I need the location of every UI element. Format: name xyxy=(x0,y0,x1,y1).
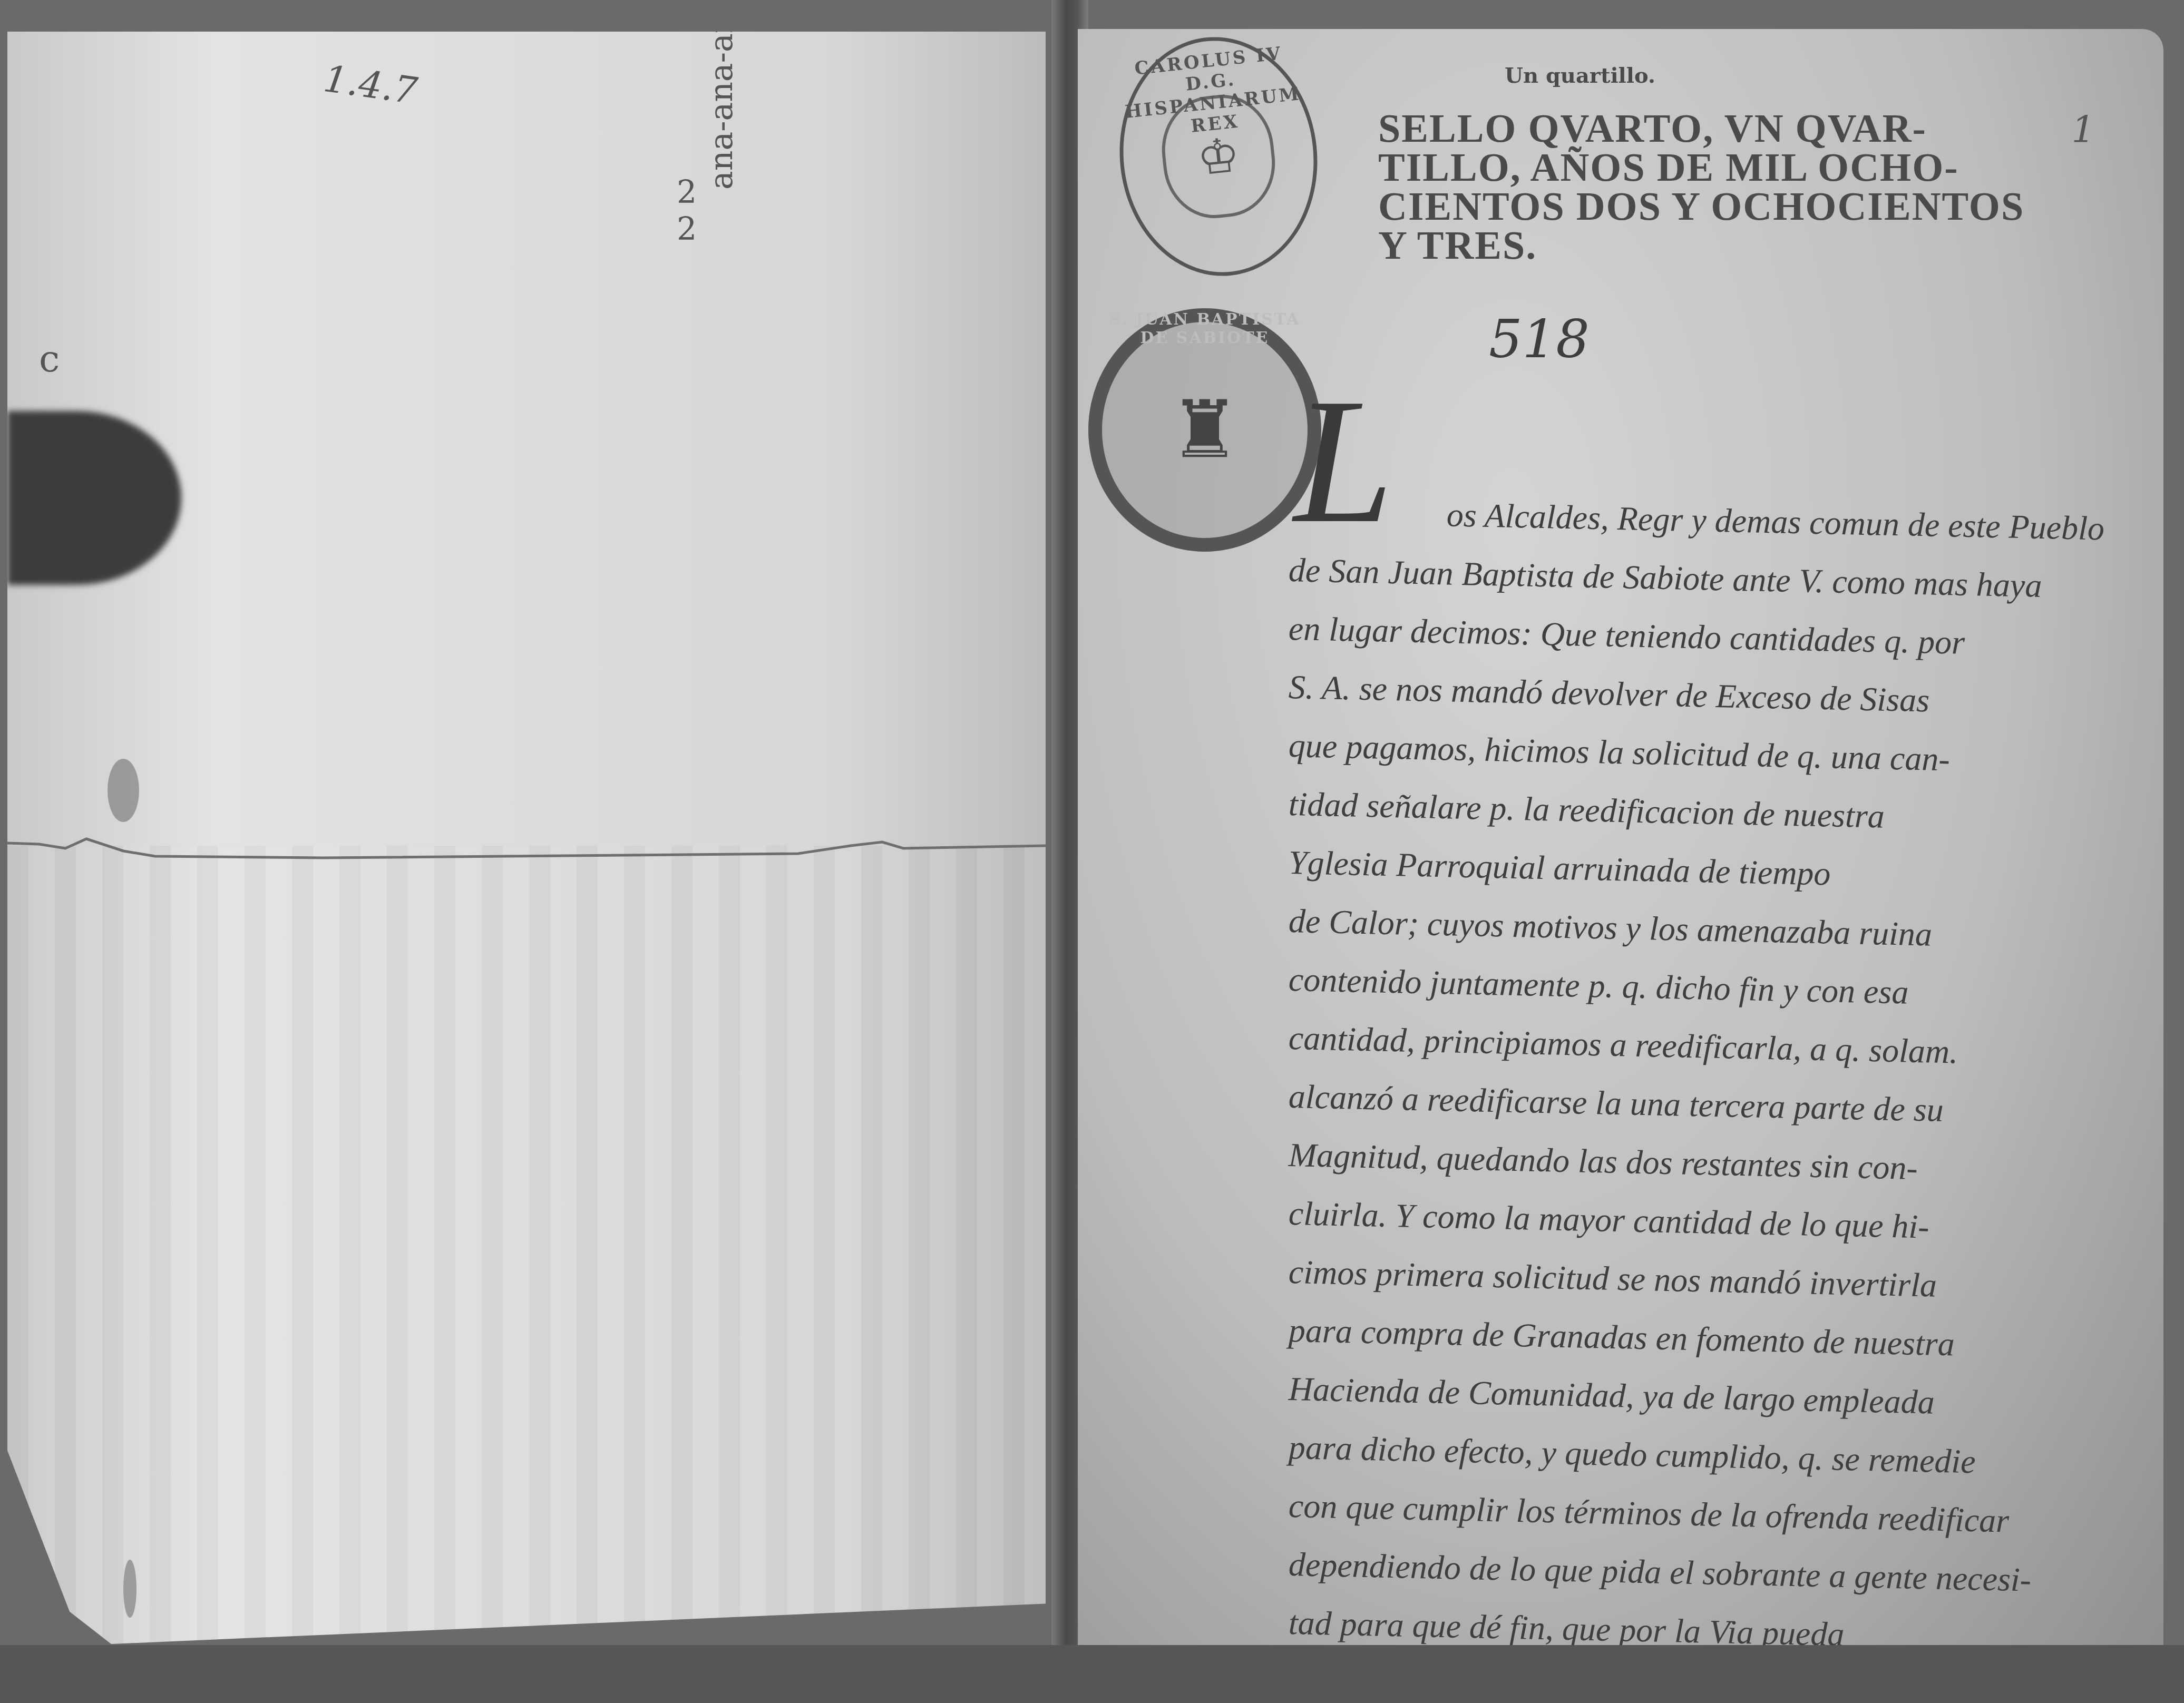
corner-stain xyxy=(123,1560,136,1618)
stray-letter: c xyxy=(39,337,60,380)
folio-number: 1 xyxy=(2071,108,2095,151)
header-line-2: TILLO, AÑOS DE MIL OCHO- xyxy=(1378,148,2063,187)
header-line-3: CIENTOS DOS Y OCHOCIENTOS xyxy=(1378,187,2063,226)
document-number: 518 xyxy=(1489,308,1590,370)
top-number: 1.4.7 xyxy=(321,57,420,113)
header-small-text: Un quartillo. xyxy=(1505,63,2063,88)
scan-bottom-edge xyxy=(0,1645,2184,1703)
finger-shadow xyxy=(7,411,181,585)
left-page-lower-half xyxy=(7,846,1046,1644)
fold-crease xyxy=(7,833,1046,864)
side-note-1: 2 xyxy=(677,174,697,211)
left-page: 1.4.7 2 2 ana-ana-anana c xyxy=(7,32,1046,1644)
castle-icon: ♜ xyxy=(1169,384,1240,476)
header-line-1: SELLO QVARTO, VN QVAR- xyxy=(1378,109,2063,148)
side-note-2: 2 xyxy=(677,211,697,248)
royal-seal-legend: CAROLUS IV D.G. HISPANIARUM REX xyxy=(1113,41,1311,144)
stamped-paper-header: Un quartillo. SELLO QVARTO, VN QVAR- TIL… xyxy=(1378,63,2063,265)
town-seal-legend: S. JUAN BAPTISTA DE SABIOTE xyxy=(1102,310,1308,347)
royal-seal-stamp: CAROLUS IV D.G. HISPANIARUM REX ♔ xyxy=(1108,29,1329,286)
manuscript-body: os Alcaldes, Regr y demas comun de este … xyxy=(1289,482,2142,1652)
header-line-4: Y TRES. xyxy=(1378,226,2063,265)
right-page: CAROLUS IV D.G. HISPANIARUM REX ♔ Un qua… xyxy=(1078,29,2163,1665)
ink-stain xyxy=(108,759,139,822)
town-seal-stamp: S. JUAN BAPTISTA DE SABIOTE ♜ xyxy=(1088,308,1321,552)
margin-note-text: ana-ana-anana xyxy=(703,32,740,190)
